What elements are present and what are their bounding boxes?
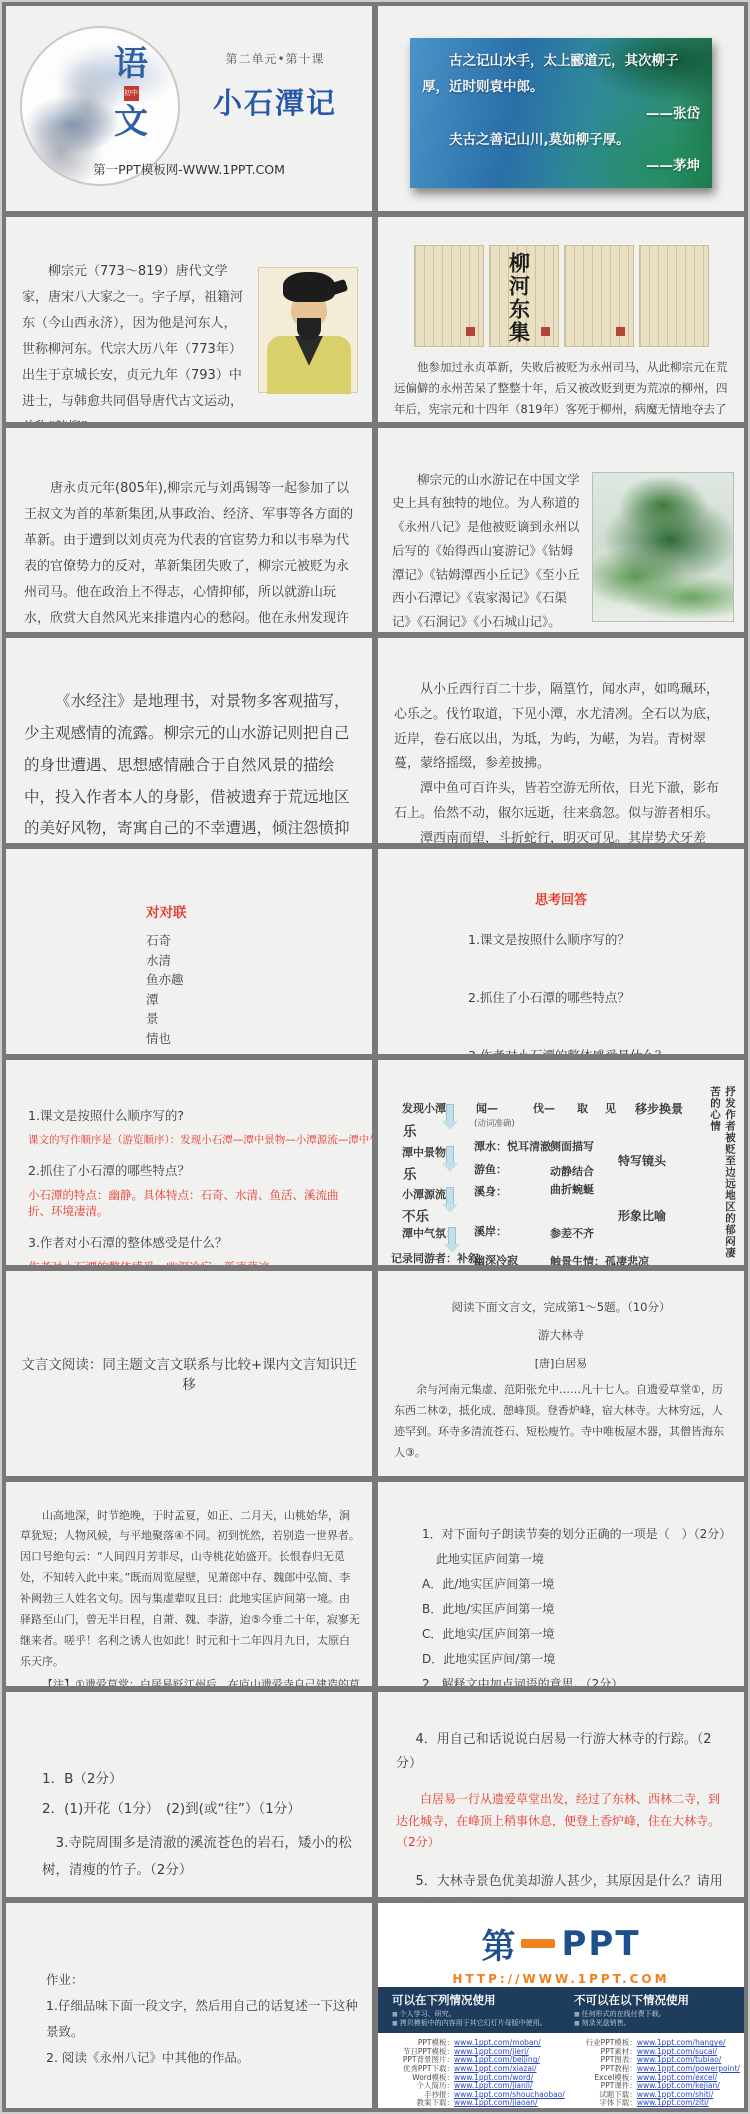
forbidden-usage-item: 刻录光盘销售。 <box>574 2019 730 2028</box>
duilian-item: 鱼亦趣 <box>146 970 372 990</box>
ancient-book-pages: 柳河东集 <box>378 217 744 347</box>
option-d: D．此地实匡庐间/第一境 <box>422 1647 580 1672</box>
exam-answer-1: 1．B（2分） <box>42 1764 356 1794</box>
quote-1-attribution: ——张岱 <box>422 101 700 127</box>
slide-yongzhou-travels: 柳宗元的山水游记在中国文学史上具有独特的地位。为人称道的《永州八记》是他被贬谪到… <box>378 428 744 633</box>
option-b: B．此地/实匡庐间第一境 <box>422 1597 580 1622</box>
diagram-cemian: 侧面描写 <box>550 1138 594 1154</box>
diagram-youyu: 游鱼： <box>474 1161 507 1177</box>
homework-item-1: 1.仔细品味下面一段文字，然后用自己的话复述一下这种景致。 <box>46 1993 358 2045</box>
exam-question-1-sentence: 此地实匡庐间第一境 <box>422 1547 734 1572</box>
slide-reading-passage: 阅读下面文言文，完成第1～5题。（10分） 游大林寺 [唐]白居易 余与河南元集… <box>378 1271 744 1476</box>
site-links-right: 行业PPT模板： www.1ppt.com/hangye/ PPT素材： www… <box>575 2039 740 2108</box>
diagram-wen-note: (动词准确) <box>474 1117 515 1129</box>
quote-1: 古之记山水手，太上郦道元，其次柳子厚，近时则袁中郎。 <box>422 48 700 101</box>
forbidden-usage-item: 任何形式的在线付费下载。 <box>574 2010 730 2019</box>
slide-full-text: 从小丘西行百二十步，隔篁竹，闻水声，如鸣珮环，心乐之。伐竹取道，下见小潭，水尤清… <box>378 638 744 843</box>
lesson-title: 小石潭记 <box>184 81 366 122</box>
duilian-item: 景 <box>146 1009 372 1029</box>
logo-char-yu: 语 <box>114 46 148 83</box>
diagram-mood-3: 不乐 <box>402 1205 429 1225</box>
qa-answer-2: 小石潭的特点：幽静。具体特点：石奇、水清、鱼活、溪流曲折、环境凄清。 <box>28 1187 360 1219</box>
option-a: A．此/地实匡庐间第一境 <box>422 1572 580 1597</box>
diagram-mood-1: 乐 <box>403 1120 417 1140</box>
slide-shuijingzhu: 《水经注》是地理书，对景物多客观描写，少主观感情的流露。柳宗元的山水游记则把自己… <box>6 638 372 843</box>
passage-title: 游大林寺 <box>394 1325 728 1346</box>
slide-think-questions: 思考回答 1.课文是按照什么顺序写的？ 2.抓住了小石潭的哪些特点？ 3.作者对… <box>378 849 744 1054</box>
passage-notes: 【注】①遗爱草堂：白居易贬江州后，在庐山遗爱寺自己建造的草堂。②东西二林：指东林… <box>20 1675 360 1687</box>
allowed-usage-item: 个人学习、研究。 <box>392 2010 548 2019</box>
slide-quotes: 古之记山水手，太上郦道元，其次柳子厚，近时则袁中郎。 ——张岱 夫古之善记山川,… <box>378 6 744 211</box>
exam-answer-3: 3.寺院周围多是清澈的溪流苍色的岩石，矮小的松树，清瘦的竹子。（2分） <box>42 1830 356 1883</box>
landscape-painting <box>592 472 734 622</box>
site-links: PPT模板： www.1ppt.com/moban/ 节日PPT模板： www.… <box>378 2033 744 2108</box>
homework-title: 作业： <box>46 1967 358 1993</box>
exam-options-cd: C．此地实/匡庐间第一境 D．此地实匡庐间/第一境 <box>422 1622 734 1672</box>
ppt-preview-page: 语 初中 文 第二单元•第十课 小石潭记 第一PPT模板网-WWW.1PPT.C… <box>0 0 750 2114</box>
slide-writing-background: 唐永贞元年(805年),柳宗元与刘禹锡等一起参加了以王叔文为首的革新集团,从事政… <box>6 428 372 633</box>
link-row: 教案下载： www.1ppt.com/jiaoan/ <box>392 2099 565 2108</box>
book-page-4 <box>639 245 709 347</box>
slide-reading-passage-2: 山高地深，时节绝晚，于时孟夏，如正、二月天，山桃始华，涧草犹短；人物风候，与平地… <box>6 1482 372 1687</box>
diagram-yibuhuanjing: 移步换景 <box>635 1100 683 1117</box>
diagram-xishen: 溪身： <box>474 1183 507 1199</box>
allowed-usage-item: 拷贝模板中的内容用于其它幻灯片母版中使用。 <box>392 2019 548 2028</box>
forbidden-usage-list: 任何形式的在线付费下载。刻录光盘销售。 <box>574 2010 730 2028</box>
book-title: 柳河东集 <box>504 252 534 344</box>
slide-qa-answers: 1.课文是按照什么顺序写的? 课文的写作顺序是（游览顺序）：发现小石潭—潭中景物… <box>6 1060 372 1265</box>
diagram-label-companions: 记录同游者：补叙 <box>391 1250 479 1265</box>
slide-duilian: 对对联 石奇水清鱼亦趣潭景情也 <box>6 849 372 1054</box>
link-label: 教案下载： <box>392 2099 454 2108</box>
duilian-item: 水清 <box>146 951 372 971</box>
red-seal: 初中 <box>124 86 139 101</box>
forbidden-usage: 不可以在以下情况使用 任何形式的在线付费下载。刻录光盘销售。 <box>574 1992 730 2034</box>
book-page-3 <box>564 245 634 347</box>
down-arrow-icon <box>442 1104 458 1130</box>
diagram-cencha: 参差不齐 <box>550 1225 594 1241</box>
slide-cover: 语 初中 文 第二单元•第十课 小石潭记 第一PPT模板网-WWW.1PPT.C… <box>6 6 372 211</box>
allowed-usage-title: 可以在下列情况使用 <box>392 1992 548 2008</box>
author-bio-text: 柳宗元（773～819）唐代文学家，唐宋八大家之一。字子厚，祖籍河东（今山西永济… <box>22 259 248 422</box>
classical-text: 从小丘西行百二十步，隔篁竹，闻水声，如鸣珮环，心乐之。伐竹取道，下见小潭，水尤清… <box>378 638 744 843</box>
diagram-qu: 取 <box>577 1100 588 1116</box>
slide-1ppt-promo: 第 PPT HTTP://WWW.1PPT.COM 可以在下列情况使用 个人学习… <box>378 1903 744 2108</box>
unit-label: 第二单元•第十课 <box>184 50 366 67</box>
diagram-texie: 特写镜头 <box>618 1152 666 1169</box>
book-page-title: 柳河东集 <box>489 245 559 347</box>
allowed-usage-list: 个人学习、研究。拷贝模板中的内容用于其它幻灯片母版中使用。 <box>392 2010 548 2028</box>
qa-question-2: 2.抓住了小石潭的哪些特点？ <box>28 1161 360 1179</box>
qa-answer-1: 课文的写作顺序是（游览顺序）：发现小石潭—潭中景物—小潭源流—潭中气氛。 <box>28 1132 360 1147</box>
link-url[interactable]: www.1ppt.com/ziti/ <box>637 2099 709 2108</box>
link-url[interactable]: www.1ppt.com/jiaoan/ <box>454 2099 538 2108</box>
slide-exam-answers-2: 4．用自己和话说说白居易一行游大林寺的行踪。（2分） 白居易一行从遗爱草堂出发，… <box>378 1692 744 1897</box>
book-page-1 <box>414 245 484 347</box>
logo-characters: 语 初中 文 <box>114 46 148 142</box>
think-question-2: 2.抓住了小石潭的哪些特点？ <box>468 988 724 1006</box>
text-paragraph-1: 从小丘西行百二十步，隔篁竹，闻水声，如鸣珮环，心乐之。伐竹取道，下见小潭，水尤清… <box>394 678 730 777</box>
diagram-youshen: 幽深冷寂 <box>474 1252 518 1265</box>
text-paragraph-3: 潭西南而望，斗折蛇行，明灭可见。其岸势犬牙差互，不可知其源。 <box>394 827 730 844</box>
exam-question-4: 4．用自己和话说说白居易一行游大林寺的行踪。（2分） <box>396 1728 730 1775</box>
slide-exam-answers-1: 1．B（2分） 2．(1)开花（1分） (2)到(或“往”）（1分） 3.寺院周… <box>6 1692 372 1897</box>
homework-item-2: 2. 阅读《永州八记》中其他的作品。 <box>46 2045 358 2071</box>
think-question-3: 3.作者对小石潭的整体感受是什么？ <box>468 1046 724 1054</box>
diagram-fa: 伐— <box>533 1100 555 1116</box>
diagram-wen: 闻— <box>476 1100 498 1116</box>
slide-structure-diagram: 发现小潭： 乐 闻— (动词准确) 伐— 取 见 移步换景 潭水：悦耳清澈 侧面… <box>378 1060 744 1265</box>
slide-homework: 作业： 1.仔细品味下面一段文字，然后用自己的话复述一下这种景致。 2. 阅读《… <box>6 1903 372 2108</box>
liu-zongyuan-portrait <box>258 267 358 393</box>
diagram-dongjing: 动静结合 <box>550 1163 594 1179</box>
reading-instructions: 阅读下面文言文，完成第1～5题。（10分） <box>394 1297 728 1318</box>
slide-liuhedong-ji: 柳河东集 他参加过永贞革新，失败后被贬为永州司马，从此柳宗元在荒远偏僻的永州苦呆… <box>378 217 744 422</box>
passage-paragraph-1: 余与河南元集虚、范阳张允中……凡十七人。自遗爱草堂①，历东西二林②，抵化成、憩峰… <box>394 1380 728 1464</box>
down-arrow-icon <box>442 1187 458 1213</box>
diagram-quzhe: 曲折蜿蜒 <box>550 1181 594 1197</box>
slide-author-bio: 柳宗元（773～819）唐代文学家，唐宋八大家之一。字子厚，祖籍河东（今山西永济… <box>6 217 372 422</box>
site-credit: 第一PPT模板网-WWW.1PPT.COM <box>6 160 372 178</box>
qa-question-1: 1.课文是按照什么顺序写的? <box>28 1106 360 1124</box>
passage-paragraph-2: 山高地深，时节绝晚，于时孟夏，如正、二月天，山桃始华，涧草犹短；人物风候，与平地… <box>20 1506 360 1673</box>
allowed-usage: 可以在下列情况使用 个人学习、研究。拷贝模板中的内容用于其它幻灯片母版中使用。 <box>392 1992 548 2034</box>
quote-2: 夫古之善记山川,莫如柳子厚。 <box>422 127 700 153</box>
cover-titles: 第二单元•第十课 小石潭记 <box>184 50 366 122</box>
think-question-1: 1.课文是按照什么顺序写的？ <box>468 930 724 948</box>
diagram-jian: 见 <box>605 1100 616 1116</box>
diagram-mood-2: 乐 <box>403 1163 417 1183</box>
1ppt-logo-block: 第 PPT HTTP://WWW.1PPT.COM <box>378 1903 744 1987</box>
exam-answer-2: 2．(1)开花（1分） (2)到(或“往”）（1分） <box>42 1794 356 1824</box>
diagram-chujing: 触景生情：孤凄悲凉 <box>550 1253 649 1265</box>
background-text: 唐永贞元年(805年),柳宗元与刘禹锡等一起参加了以王叔文为首的革新集团,从事政… <box>6 428 372 633</box>
usage-terms-band: 可以在下列情况使用 个人学习、研究。拷贝模板中的内容用于其它幻灯片母版中使用。 … <box>378 1987 744 2034</box>
travels-paragraph-1: 柳宗元的山水游记在中国文学史上具有独特的地位。为人称道的《永州八记》是他被贬谪到… <box>392 468 584 633</box>
travels-text: 柳宗元的山水游记在中国文学史上具有独特的地位。为人称道的《永州八记》是他被贬谪到… <box>392 468 584 633</box>
site-links-left: PPT模板： www.1ppt.com/moban/ 节日PPT模板： www.… <box>392 2039 565 2108</box>
exam-question-2: 2．解释文中加点词语的意思。（2分） <box>422 1672 734 1687</box>
link-row: 字体下载： www.1ppt.com/ziti/ <box>575 2099 740 2108</box>
text-paragraph-2: 潭中鱼可百许头，皆若空游无所依，日光下澈，影布石上。佁然不动，俶尔远逝，往来翕忽… <box>394 777 730 826</box>
diagram-xingxiang: 形象比喻 <box>618 1207 666 1224</box>
diagram-vertical-summary: 抒发作者被贬至边远地区的郁闷凄苦的心情 <box>708 1086 738 1264</box>
slide-reading-intro: 文言文阅读：同主题文言文联系与比较+课内文言知识迁移 <box>6 1271 372 1476</box>
book-slide-text: 他参加过永贞革新，失败后被贬为永州司马，从此柳宗元在荒远偏僻的永州苦呆了整整十年… <box>378 347 744 422</box>
logo-text-di: 第 <box>481 1919 515 1968</box>
qa-answer-3: 作者对小石潭的整体感受：幽深冷寂，孤凄悲凉。 <box>28 1259 360 1265</box>
lake-photo-quote-card: 古之记山水手，太上郦道元，其次柳子厚，近时则袁中郎。 ——张岱 夫古之善记山川,… <box>410 38 712 188</box>
duilian-title: 对对联 <box>146 901 372 921</box>
diagram-tanshui: 潭水：悦耳清澈 <box>474 1138 551 1154</box>
exam-question-5: 5．大林寺景色优美却游人甚少，其原因是什么？请用文中语句回答。（2分） <box>396 1870 730 1897</box>
exam-answer-4: 白居易一行从遗爱草堂出发，经过了东林、西林二寺，到达化城寺，在峰顶上稍事休息，便… <box>396 1789 730 1854</box>
logo-dash-icon <box>521 1939 555 1948</box>
exam-question-1: 1．对下面句子朗读节奏的划分正确的一项是（ ）（2分） <box>422 1522 734 1547</box>
logo-char-wen: 文 <box>114 104 148 141</box>
option-c: C．此地实/匡庐间第一境 <box>422 1622 580 1647</box>
duilian-item: 潭 <box>146 990 372 1010</box>
passage-author: [唐]白居易 <box>394 1354 728 1374</box>
quote-2-attribution: ——茅坤 <box>422 153 700 179</box>
exam-options-ab: A．此/地实匡庐间第一境 B．此地/实匡庐间第一境 <box>422 1572 734 1622</box>
duilian-item: 情也 <box>146 1029 372 1049</box>
down-arrow-icon <box>442 1146 458 1172</box>
think-title: 思考回答 <box>468 889 724 908</box>
link-label: 字体下载： <box>575 2099 637 2108</box>
qa-question-3: 3.作者对小石潭的整体感受是什么？ <box>28 1233 360 1251</box>
duilian-item: 石奇 <box>146 931 372 951</box>
slide-exam-questions: 1．对下面句子朗读节奏的划分正确的一项是（ ）（2分） 此地实匡庐间第一境 A．… <box>378 1482 744 1687</box>
diagram-xian: 溪岸： <box>474 1223 507 1239</box>
reading-intro-text: 文言文阅读：同主题文言文联系与比较+课内文言知识迁移 <box>6 1271 372 1476</box>
duilian-list: 石奇水清鱼亦趣潭景情也 <box>146 931 372 1048</box>
logo-text-ppt: PPT <box>561 1924 640 1964</box>
forbidden-usage-title: 不可以在以下情况使用 <box>574 1992 730 2008</box>
shuijingzhu-text: 《水经注》是地理书，对景物多客观描写，少主观感情的流露。柳宗元的山水游记则把自己… <box>6 638 372 843</box>
1ppt-site-url: HTTP://WWW.1PPT.COM <box>378 1972 744 1986</box>
